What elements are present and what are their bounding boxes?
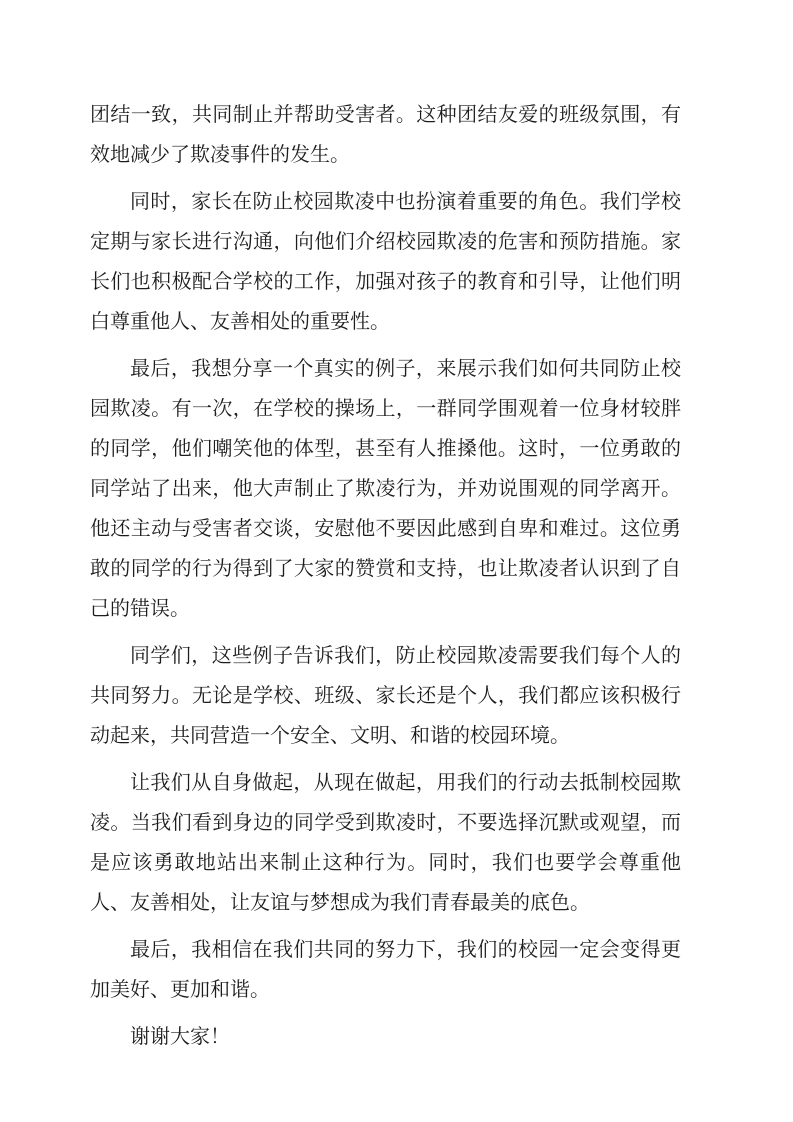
- paragraph: 让我们从自身做起，从现在做起，用我们的行动去抵制校园欺凌。当我们看到身边的同学受…: [90, 763, 681, 923]
- document-page: 团结一致，共同制止并帮助受害者。这种团结友爱的班级氛围，有效地减少了欺凌事件的发…: [0, 0, 793, 1122]
- paragraph: 最后，我想分享一个真实的例子，来展示我们如何共同防止校园欺凌。有一次，在学校的操…: [90, 349, 681, 629]
- paragraph-continuation: 团结一致，共同制止并帮助受害者。这种团结友爱的班级氛围，有效地减少了欺凌事件的发…: [90, 95, 681, 175]
- paragraph: 同学们，这些例子告诉我们，防止校园欺凌需要我们每个人的共同努力。无论是学校、班级…: [90, 636, 681, 756]
- paragraph: 最后，我相信在我们共同的努力下，我们的校园一定会变得更加美好、更加和谐。: [90, 930, 681, 1010]
- document-body: 团结一致，共同制止并帮助受害者。这种团结友爱的班级氛围，有效地减少了欺凌事件的发…: [90, 95, 681, 1057]
- paragraph-closing: 谢谢大家！: [90, 1017, 681, 1057]
- paragraph: 同时，家长在防止校园欺凌中也扮演着重要的角色。我们学校定期与家长进行沟通，向他们…: [90, 182, 681, 342]
